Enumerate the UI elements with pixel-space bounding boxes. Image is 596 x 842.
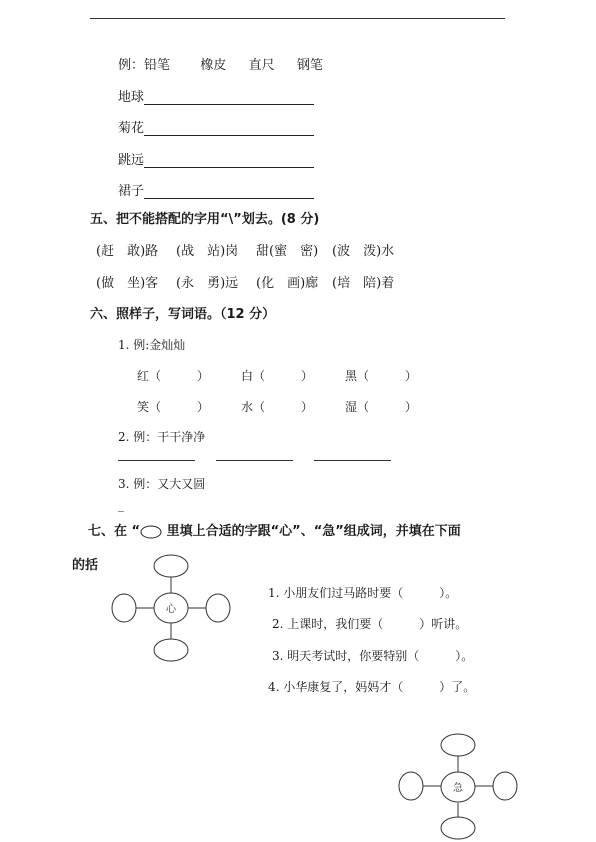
oval-top[interactable] [441, 734, 475, 756]
pair-item[interactable]: (做 坐)客 [96, 272, 176, 291]
center-char: 心 [166, 603, 177, 615]
oval-left[interactable] [112, 594, 136, 622]
section7-title-part1: 七、在 “ [88, 524, 140, 539]
answer-blank[interactable] [144, 153, 314, 168]
q1-row-1: 红（ ）白（ ）黑（ ） [137, 367, 417, 384]
example-line: 例：铅笔 橡皮 直尺 钢笔 [118, 54, 323, 73]
word-label: 地球 [118, 90, 144, 105]
diagram-xin: 心 [108, 553, 234, 663]
sentence-2: 2. 上课时，我们要（ ）听讲。 [272, 615, 467, 632]
header-rule [90, 18, 505, 19]
oval-bottom[interactable] [154, 639, 188, 661]
oval-inline-icon [140, 525, 162, 539]
word-row: 跳远 [118, 149, 314, 168]
answer-blank[interactable] [144, 184, 314, 199]
example-label: 例： [118, 58, 144, 73]
pair-item[interactable]: (化 画)廊 [256, 272, 332, 291]
example-word: 直尺 [249, 58, 275, 73]
word-label: 跳远 [118, 153, 144, 168]
fill-item[interactable]: 红（ ） [137, 367, 241, 384]
answer-blank[interactable] [144, 121, 314, 136]
word-row: 裙子 [118, 180, 314, 199]
section7-title-line2: 的括 [72, 554, 98, 573]
pair-item[interactable]: (战 站)岗 [176, 240, 256, 259]
center-char: 急 [453, 781, 464, 794]
fill-item[interactable]: 水（ ） [241, 398, 345, 415]
sentence-4: 4. 小华康复了，妈妈才（ ）了。 [268, 678, 475, 695]
oval-left[interactable] [399, 772, 423, 800]
oval-right[interactable] [206, 594, 230, 622]
pair-item[interactable]: (永 勇)远 [176, 272, 256, 291]
oval-right[interactable] [493, 772, 517, 800]
pair-item[interactable]: (赶 敢)路 [96, 240, 176, 259]
word-row: 菊花 [118, 117, 314, 136]
section5-title: 五、把不能搭配的字用“\”划去。(8 分) [90, 208, 319, 227]
pair-item[interactable]: 甜(蜜 密) [256, 240, 332, 259]
sentence-3: 3. 明天考试时，你要特别（ ）。 [272, 647, 473, 664]
answer-line[interactable] [314, 460, 391, 461]
q1-label: 1. 例:金灿灿 [118, 336, 185, 353]
word-label: 菊花 [118, 121, 144, 136]
sentence-1: 1. 小朋友们过马路时要（ ）。 [268, 584, 457, 601]
q3-label: 3. 例：又大又圆 [118, 475, 205, 492]
answer-line[interactable] [216, 460, 293, 461]
section7-title-part2: 里填上合适的字跟“心”、“急”组成词，并填在下面 [162, 524, 461, 539]
fill-item[interactable]: 湿（ ） [345, 398, 417, 415]
answer-blank[interactable] [144, 90, 314, 105]
example-word: 钢笔 [297, 58, 323, 73]
pair-item[interactable]: (波 泼)水 [332, 240, 394, 259]
answer-line[interactable] [118, 460, 195, 461]
oval-top[interactable] [154, 555, 188, 577]
example-word: 铅笔 [144, 58, 170, 73]
pair-item[interactable]: (培 陪)着 [332, 272, 394, 291]
fill-item[interactable]: 黑（ ） [345, 367, 417, 384]
q1-row-2: 笑（ ）水（ ）湿（ ） [137, 398, 417, 415]
diagram-ji: 急 [395, 733, 521, 841]
pair-row-1: (赶 敢)路(战 站)岗甜(蜜 密)(波 泼)水 [96, 240, 394, 259]
word-row: 地球 [118, 86, 314, 105]
section7-title: 七、在 “ 里填上合适的字跟“心”、“急”组成词，并填在下面 [88, 520, 461, 539]
oval-bottom[interactable] [441, 817, 475, 839]
fill-item[interactable]: 白（ ） [241, 367, 345, 384]
section6-title: 六、照样子，写词语。（12 分） [90, 303, 275, 322]
example-word: 橡皮 [200, 58, 226, 73]
q2-label: 2. 例：干干净净 [118, 428, 205, 445]
pair-row-2: (做 坐)客(永 勇)远(化 画)廊(培 陪)着 [96, 272, 394, 291]
word-label: 裙子 [118, 184, 144, 199]
q3-dash[interactable]: _ [118, 498, 124, 512]
fill-item[interactable]: 笑（ ） [137, 398, 241, 415]
